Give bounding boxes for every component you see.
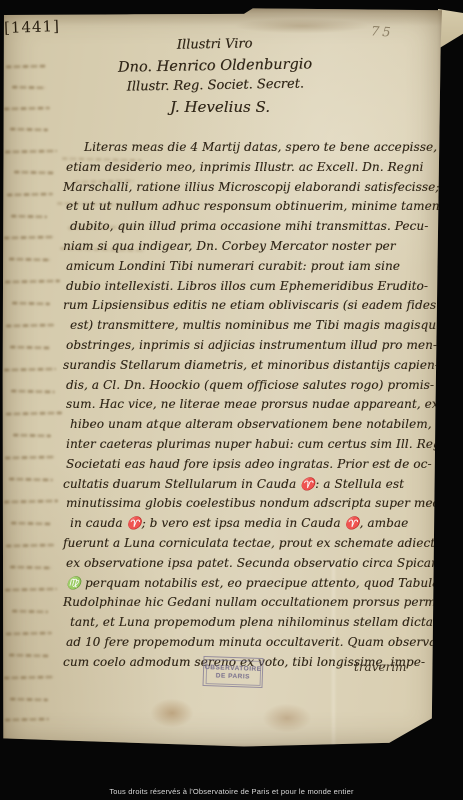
- bleedthrough-mark: [5, 455, 55, 459]
- archive-number: [1441]: [4, 17, 60, 37]
- bleedthrough-mark: [6, 411, 62, 415]
- bleedthrough-mark: [11, 522, 51, 526]
- manuscript-line: sum. Hac vice, ne literae meae prorsus n…: [66, 395, 438, 415]
- bleedthrough-mark: [5, 587, 57, 591]
- bleedthrough-mark: [14, 171, 54, 175]
- bleedthrough-mark: [9, 654, 49, 658]
- bleedthrough-mark: [7, 193, 53, 197]
- manuscript-line: obstringes, inprimis si adjicias instrum…: [66, 336, 438, 356]
- manuscript-line: dubito, quin illud prima occasione mihi …: [70, 217, 438, 237]
- manuscript-line: hibeo unam atque alteram observationem b…: [70, 415, 438, 435]
- bleedthrough-mark: [6, 65, 46, 69]
- manuscript-line: niam si qua indigear, Dn. Corbey Mercato…: [63, 237, 438, 257]
- address-line: Illustr. Reg. Societ. Secret.: [90, 74, 340, 99]
- bleedthrough-mark: [12, 302, 50, 306]
- bleedthrough-mark: [13, 434, 51, 438]
- manuscript-line: dis, a Cl. Dn. Hoockio (quem officiose s…: [66, 376, 438, 396]
- bleedthrough-mark: [12, 610, 48, 614]
- manuscript-line: in cauda ♈; b vero est ipsa media in Cau…: [70, 514, 438, 534]
- stamp-text-line: DE PARIS: [216, 672, 250, 680]
- manuscript-line: et ut ut nullum adhuc responsum obtinuer…: [66, 197, 438, 217]
- manuscript-line: etiam desiderio meo, inprimis Illustr. a…: [66, 158, 438, 178]
- bleedthrough-mark: [9, 257, 51, 261]
- bleedthrough-mark: [9, 477, 53, 481]
- folio-number: 75: [371, 24, 395, 41]
- bleedthrough-mark: [5, 279, 60, 283]
- manuscript-line: Marschalli, ratione illius Microscopij e…: [63, 178, 438, 198]
- address-block: Illustri ViroDno. Henrico OldenburgioIll…: [89, 33, 340, 99]
- bleedthrough-mark: [10, 565, 52, 569]
- bleedthrough-mark: [6, 632, 52, 636]
- manuscript-line: fuerunt a Luna corniculata tectae, prout…: [63, 534, 438, 554]
- bleedthrough-mark: [10, 128, 48, 132]
- bleedthrough-mark: [11, 389, 55, 393]
- archive-photo: [1441] 75 Illustri ViroDno. Henrico Olde…: [0, 0, 463, 800]
- stamp-text-line: OBSERVATOIRE: [205, 664, 262, 673]
- bleedthrough-mark: [11, 215, 47, 219]
- manuscript-line: rum Lipsiensibus editis ne etiam oblivis…: [63, 296, 438, 316]
- catchword: traverim: [354, 660, 407, 674]
- manuscript-line: Societati eas haud fore ipsis adeo ingra…: [66, 455, 438, 475]
- bleedthrough-mark: [5, 149, 57, 153]
- manuscript-line: Literas meas die 4 Martij datas, spero t…: [66, 138, 438, 158]
- bleedthrough-mark: [6, 543, 54, 547]
- manuscript-line: ♍ perquam notabilis est, eo praecipue at…: [66, 574, 438, 594]
- bleedthrough-mark: [10, 346, 50, 350]
- salutation: J. Hevelius S.: [120, 98, 320, 116]
- manuscript-line: ex observatione ipsa patet. Secunda obse…: [66, 554, 438, 574]
- manuscript-line: surandis Stellarum diametris, et minorib…: [63, 356, 438, 376]
- bleedthrough-mark: [4, 499, 58, 503]
- manuscript-line: cultatis duarum Stellularum in Cauda ♈: …: [63, 475, 438, 495]
- copyright-caption: Tous droits réservés à l'Observatoire de…: [0, 787, 463, 796]
- bleedthrough-mark: [6, 323, 54, 327]
- manuscript-line: est) transmittere, multis nominibus me T…: [70, 316, 438, 336]
- bleedthrough-mark: [12, 86, 46, 90]
- manuscript-line: tant, et Luna propemodum plena nihilomin…: [70, 613, 438, 633]
- manuscript-line: Rudolphinae hic Gedani nullam occultatio…: [63, 593, 438, 613]
- observatory-stamp: OBSERVATOIRE DE PARIS: [202, 656, 263, 688]
- manuscript-line: amicum Londini Tibi numerari curabit: pr…: [66, 257, 438, 277]
- manuscript-line: minutissima globis coelestibus nondum ad…: [66, 494, 438, 514]
- manuscript-page: [1441] 75 Illustri ViroDno. Henrico Olde…: [2, 8, 442, 748]
- bleedthrough-mark: [4, 367, 56, 371]
- letter-body: Literas meas die 4 Martij datas, spero t…: [66, 138, 438, 673]
- manuscript-line: ad 10 fere propemodum minuta occultaveri…: [66, 633, 438, 653]
- bleedthrough-mark: [4, 235, 54, 239]
- manuscript-line: dubio intellexisti. Libros illos cum Eph…: [66, 277, 438, 297]
- manuscript-line: inter caeteras plurimas nuper habui: cum…: [66, 435, 438, 455]
- bleedthrough-mark: [5, 718, 49, 722]
- bleedthrough-mark: [4, 675, 54, 679]
- bleedthrough-mark: [10, 698, 48, 702]
- bleedthrough-mark: [4, 107, 50, 111]
